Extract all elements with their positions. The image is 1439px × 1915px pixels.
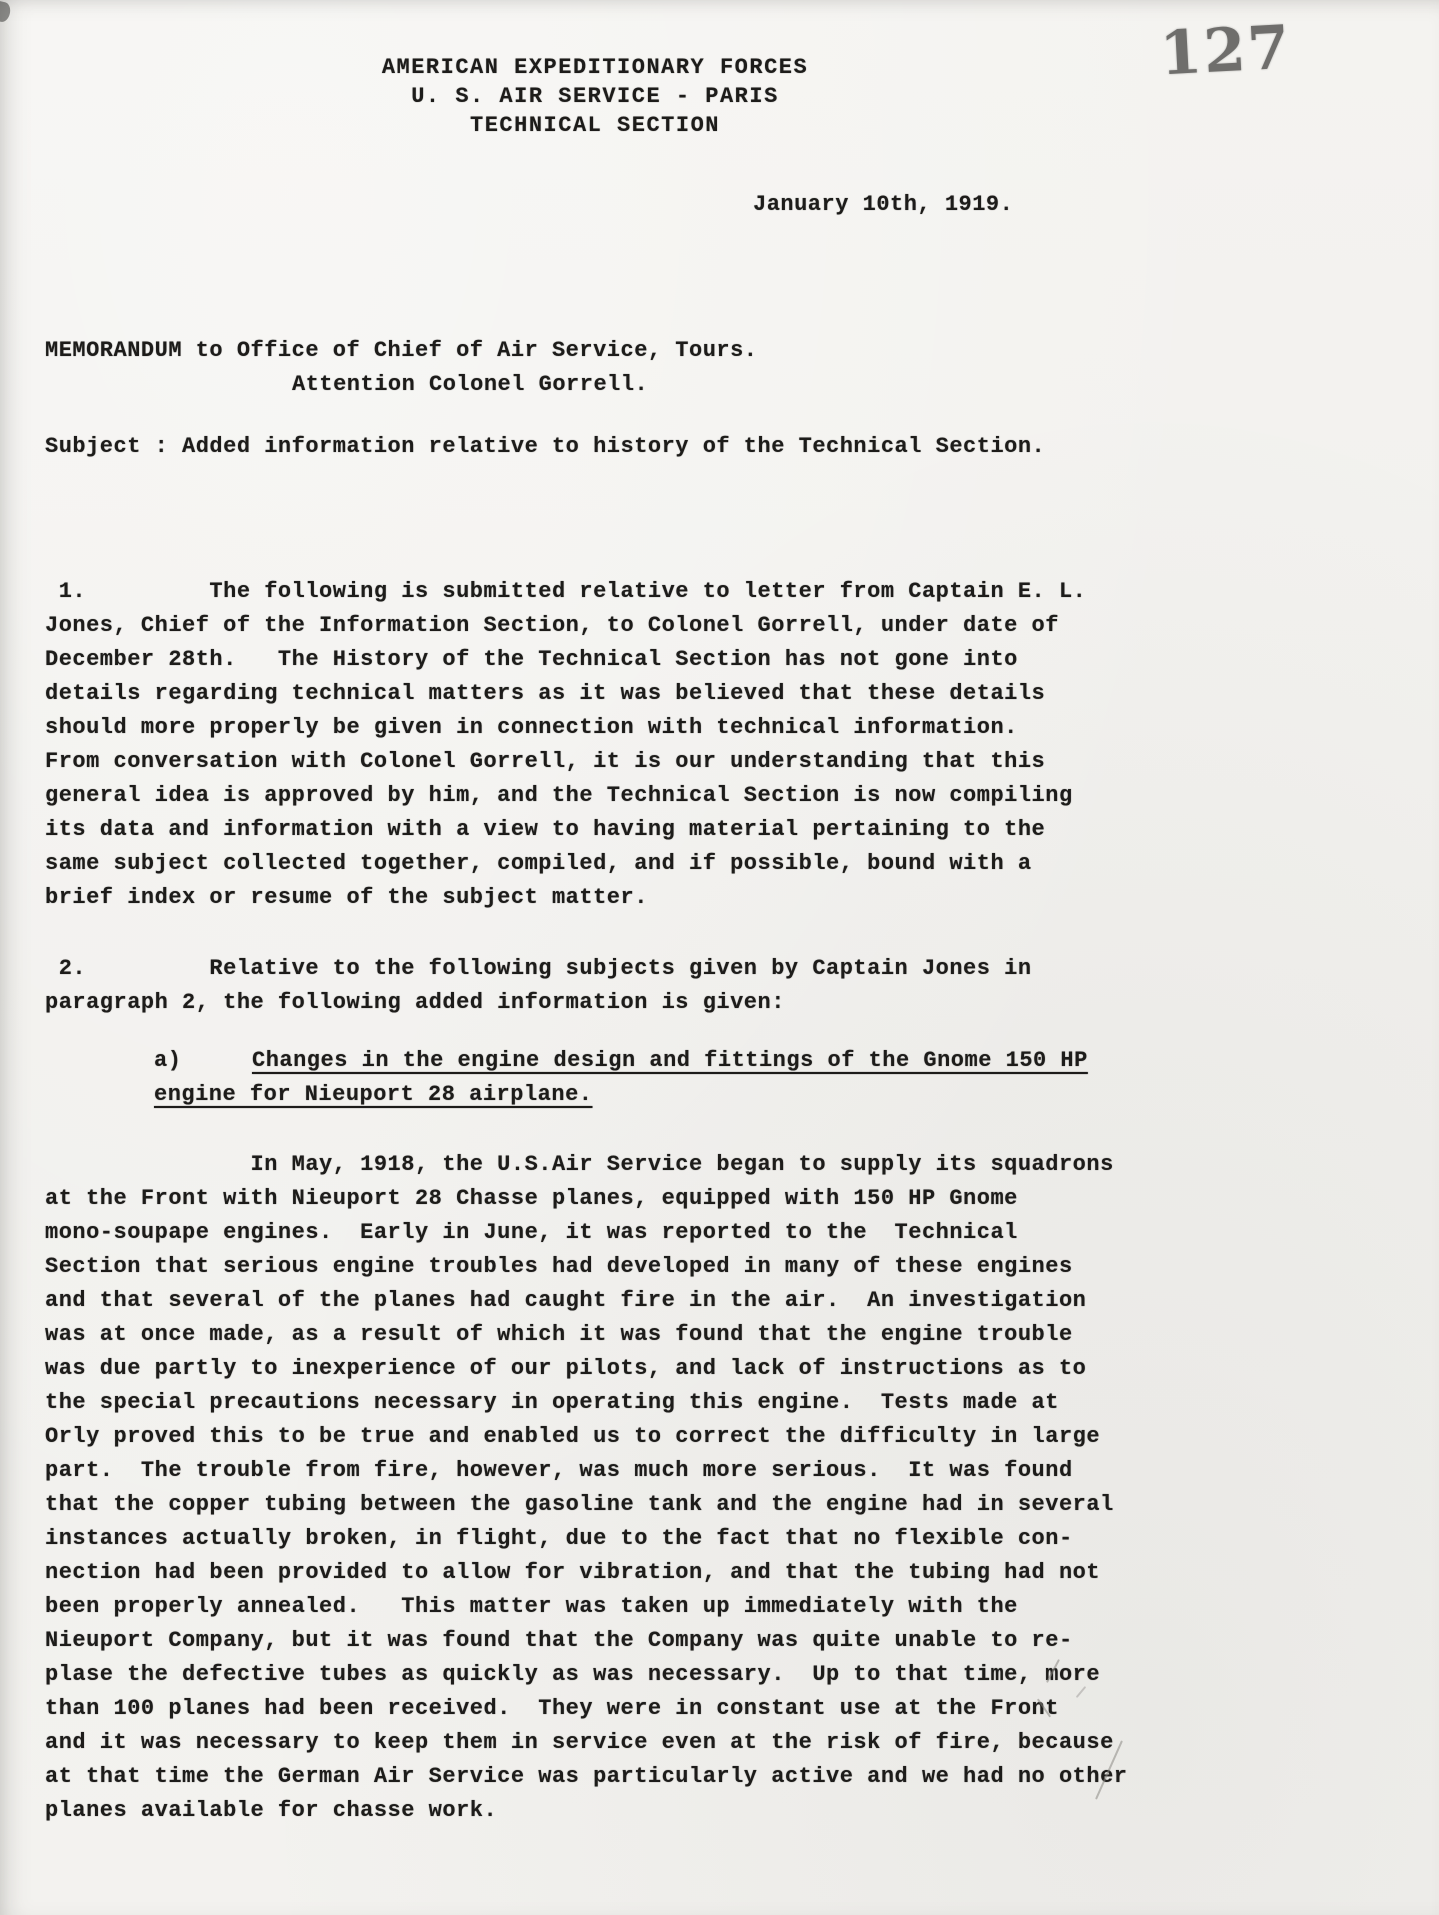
letterhead: AMERICAN EXPEDITIONARY FORCES U. S. AIR … [40, 53, 1150, 140]
memorandum-attention-line: Attention Colonel Gorrell. [292, 368, 648, 402]
scan-corner-smudge [0, 1, 12, 23]
paragraph-1: 1. The following is submitted relative t… [45, 575, 1086, 915]
section-a-heading-line2: engine for Nieuport 28 airplane. [154, 1078, 592, 1112]
paragraph-2: 2. Relative to the following subjects gi… [45, 952, 1032, 1020]
section-a-body-paragraph: In May, 1918, the U.S.Air Service began … [45, 1148, 1127, 1828]
memorandum-to-line: MEMORANDUM to Office of Chief of Air Ser… [45, 334, 758, 368]
page-number-stamp: 127 [1158, 13, 1293, 90]
memo-page: 127 AMERICAN EXPEDITIONARY FORCES U. S. … [0, 0, 1439, 1915]
subject-line: Subject : Added information relative to … [45, 430, 1045, 464]
section-a-heading-line1: Changes in the engine design and fitting… [252, 1044, 1088, 1078]
section-a-marker: a) [154, 1044, 181, 1078]
date-line: January 10th, 1919. [753, 188, 1013, 222]
